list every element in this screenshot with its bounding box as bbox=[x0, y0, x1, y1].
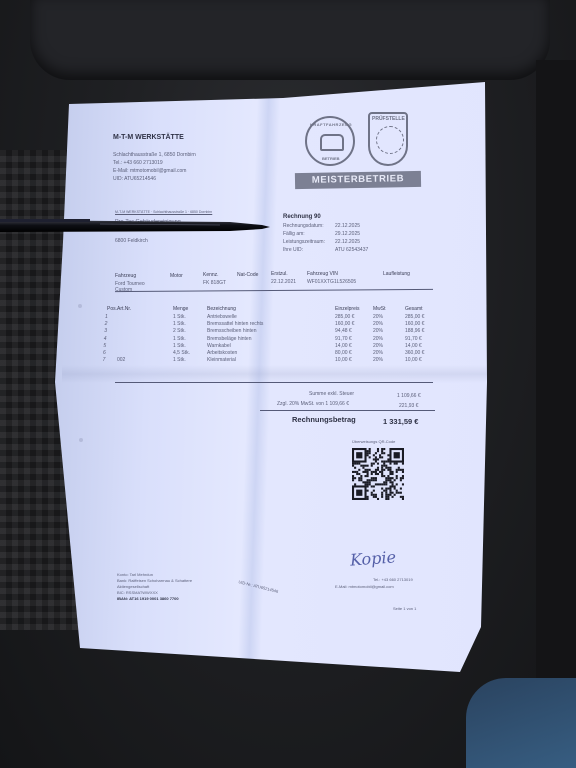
item-pos: 3 bbox=[104, 328, 107, 334]
bank-name-2: Aktiengesellschaft bbox=[117, 584, 149, 589]
vehicle-header: Fahrzeug VIN bbox=[307, 271, 338, 277]
vehicle-header: Nat-Code bbox=[237, 272, 258, 278]
meta-value: 22.12.2025 bbox=[335, 239, 360, 245]
total-label: Rechnungsbetrag bbox=[292, 415, 356, 424]
eagle-seal-icon bbox=[376, 126, 404, 154]
item-pos: 6 bbox=[103, 350, 106, 356]
divider bbox=[115, 289, 433, 292]
item-desc: Arbeitskosten bbox=[207, 350, 237, 356]
items-header: Einzelpreis bbox=[335, 306, 359, 312]
item-desc: Bremssattel hinten rechts bbox=[207, 321, 263, 327]
pruefstelle-shield-logo: PRÜFSTELLE bbox=[368, 112, 408, 166]
item-vat: 20% bbox=[373, 328, 383, 334]
meta-value: 29.12.2025 bbox=[335, 231, 360, 237]
bank-bic: BIC: RSSMATWWXXX bbox=[117, 590, 158, 595]
logo-text-bottom: BETRIEB bbox=[322, 156, 340, 161]
item-qty: 4,5 Stk. bbox=[173, 350, 190, 356]
item-qty: 1 Stk. bbox=[173, 314, 186, 320]
vat-value: 221,93 € bbox=[399, 403, 418, 409]
item-price: 94,48 € bbox=[335, 328, 352, 334]
items-header: Art.Nr. bbox=[117, 306, 131, 312]
item-qty: 1 Stk. bbox=[173, 321, 186, 327]
item-total: 10,00 € bbox=[405, 357, 422, 363]
item-vat: 20% bbox=[373, 336, 383, 342]
company-address: Schlachthausstraße 1, 6850 Dornbirn bbox=[113, 152, 196, 158]
item-total: 160,00 € bbox=[405, 321, 424, 327]
company-phone: Tel.: +43 660 2713019 bbox=[113, 160, 163, 166]
footer-email: E-Mail: mtmotomobil@gmail.com bbox=[335, 584, 394, 589]
items-header: Bezeichnung bbox=[207, 306, 236, 312]
item-vat: 20% bbox=[373, 357, 383, 363]
vehicle-header: Fahrzeug bbox=[115, 273, 136, 279]
company-name: M-T-M WERKSTÄTTE bbox=[113, 134, 184, 141]
vehicle-header: Erstzul. bbox=[271, 271, 288, 277]
item-art: 002 bbox=[117, 357, 125, 363]
item-desc: Bremsscheiben hinten bbox=[207, 328, 256, 334]
meta-label: Leistungszeitraum: bbox=[283, 239, 325, 245]
total-value: 1 331,59 € bbox=[383, 417, 418, 426]
item-price: 91,70 € bbox=[335, 336, 352, 342]
meta-label: Fällig am: bbox=[283, 231, 305, 237]
seat-headrest bbox=[30, 0, 550, 80]
item-qty: 2 Stk. bbox=[173, 328, 186, 334]
car-icon bbox=[320, 134, 344, 151]
vehicle-header: Laufleistung bbox=[383, 271, 410, 277]
meta-value: 22.12.2025 bbox=[335, 223, 360, 229]
divider bbox=[115, 382, 433, 383]
item-pos: 2 bbox=[105, 321, 108, 327]
item-total: 188,96 € bbox=[405, 328, 424, 334]
vehicle-value: FK 818GT bbox=[203, 280, 273, 286]
items-header: Pos. bbox=[107, 306, 117, 312]
vehicle-header: Kennz. bbox=[203, 272, 219, 278]
company-email: E-Mail: mtmotomobil@gmail.com bbox=[113, 168, 186, 174]
item-vat: 20% bbox=[373, 321, 383, 327]
punch-hole bbox=[78, 304, 82, 308]
item-pos: 7 bbox=[103, 357, 106, 363]
item-qty: 1 Stk. bbox=[173, 336, 186, 342]
invoice-title: Rechnung 90 bbox=[283, 214, 321, 220]
bank-name: Bank: Raiffeisen Schoharrnau & Schattere bbox=[117, 578, 192, 583]
footer-uid: UID-Nr.: ATU65214546 bbox=[238, 579, 279, 594]
seat-side bbox=[536, 60, 576, 680]
item-pos: 5 bbox=[103, 343, 106, 349]
items-header: Gesamt bbox=[405, 306, 423, 312]
item-desc: Bremsbeläge hinten bbox=[207, 336, 251, 342]
page-number: Seite 1 von 1 bbox=[393, 606, 416, 611]
handwritten-kopie: Kopie bbox=[349, 547, 396, 569]
company-uid: UID: ATU65214546 bbox=[113, 176, 156, 182]
meta-label: Rechnungsdatum: bbox=[283, 223, 324, 229]
item-vat: 20% bbox=[373, 343, 383, 349]
bank-owner: Konto: Tarl Mehrdun bbox=[117, 572, 153, 577]
item-total: 91,70 € bbox=[405, 336, 422, 342]
item-price: 14,00 € bbox=[335, 343, 352, 349]
item-pos: 4 bbox=[104, 336, 107, 342]
item-vat: 20% bbox=[373, 350, 383, 356]
kfz-betrieb-logo: KRAFTFAHRZEUG BETRIEB bbox=[305, 116, 355, 166]
recipient-city: 6800 Feldkirch bbox=[115, 238, 148, 244]
qr-label: Überweisungs QR-Code bbox=[352, 439, 395, 444]
shield-label: PRÜFSTELLE bbox=[372, 116, 405, 122]
item-price: 160,00 € bbox=[335, 321, 354, 327]
item-price: 80,00 € bbox=[335, 350, 352, 356]
item-desc: Warnkabel bbox=[207, 343, 231, 349]
net-label: Summe exkl. Steuer bbox=[309, 391, 354, 397]
divider bbox=[260, 410, 435, 411]
meta-value: ATU 62543437 bbox=[335, 247, 368, 253]
item-price: 285,00 € bbox=[335, 314, 354, 320]
vat-label: Zzgl. 20% MwSt. von 1 109,66 € bbox=[277, 401, 349, 407]
items-header: MwSt bbox=[373, 306, 386, 312]
net-value: 1 109,66 € bbox=[397, 393, 421, 399]
item-qty: 1 Stk. bbox=[173, 357, 186, 363]
items-header: Menge bbox=[173, 306, 188, 312]
meta-label: Ihre UID: bbox=[283, 247, 303, 253]
vehicle-value: WF01XXTG1L526505 bbox=[307, 279, 377, 285]
item-pos: 1 bbox=[105, 314, 108, 320]
bank-iban: IBAN: AT16 1919 0001 3860 7700 bbox=[117, 596, 179, 601]
invoice-document: M-T-M WERKSTÄTTE Schlachthausstraße 1, 6… bbox=[55, 82, 495, 682]
item-price: 10,00 € bbox=[335, 357, 352, 363]
item-desc: Kleinmaterial bbox=[207, 357, 236, 363]
footer-phone: Tel.: +43 660 2713019 bbox=[373, 577, 413, 582]
item-desc: Antriebswelle bbox=[207, 314, 237, 320]
item-vat: 20% bbox=[373, 314, 383, 320]
logo-text-top: KRAFTFAHRZEUG bbox=[310, 122, 352, 127]
meisterbetrieb-banner: MEISTERBETRIEB bbox=[295, 171, 421, 189]
item-qty: 1 Stk. bbox=[173, 343, 186, 349]
item-total: 360,00 € bbox=[405, 350, 424, 356]
clothing-corner bbox=[466, 678, 576, 768]
item-total: 14,00 € bbox=[405, 343, 422, 349]
item-total: 285,00 € bbox=[405, 314, 424, 320]
payment-qr-code[interactable] bbox=[350, 448, 406, 500]
punch-hole bbox=[79, 438, 83, 442]
pen bbox=[0, 214, 272, 234]
vehicle-header: Motor bbox=[170, 273, 183, 279]
